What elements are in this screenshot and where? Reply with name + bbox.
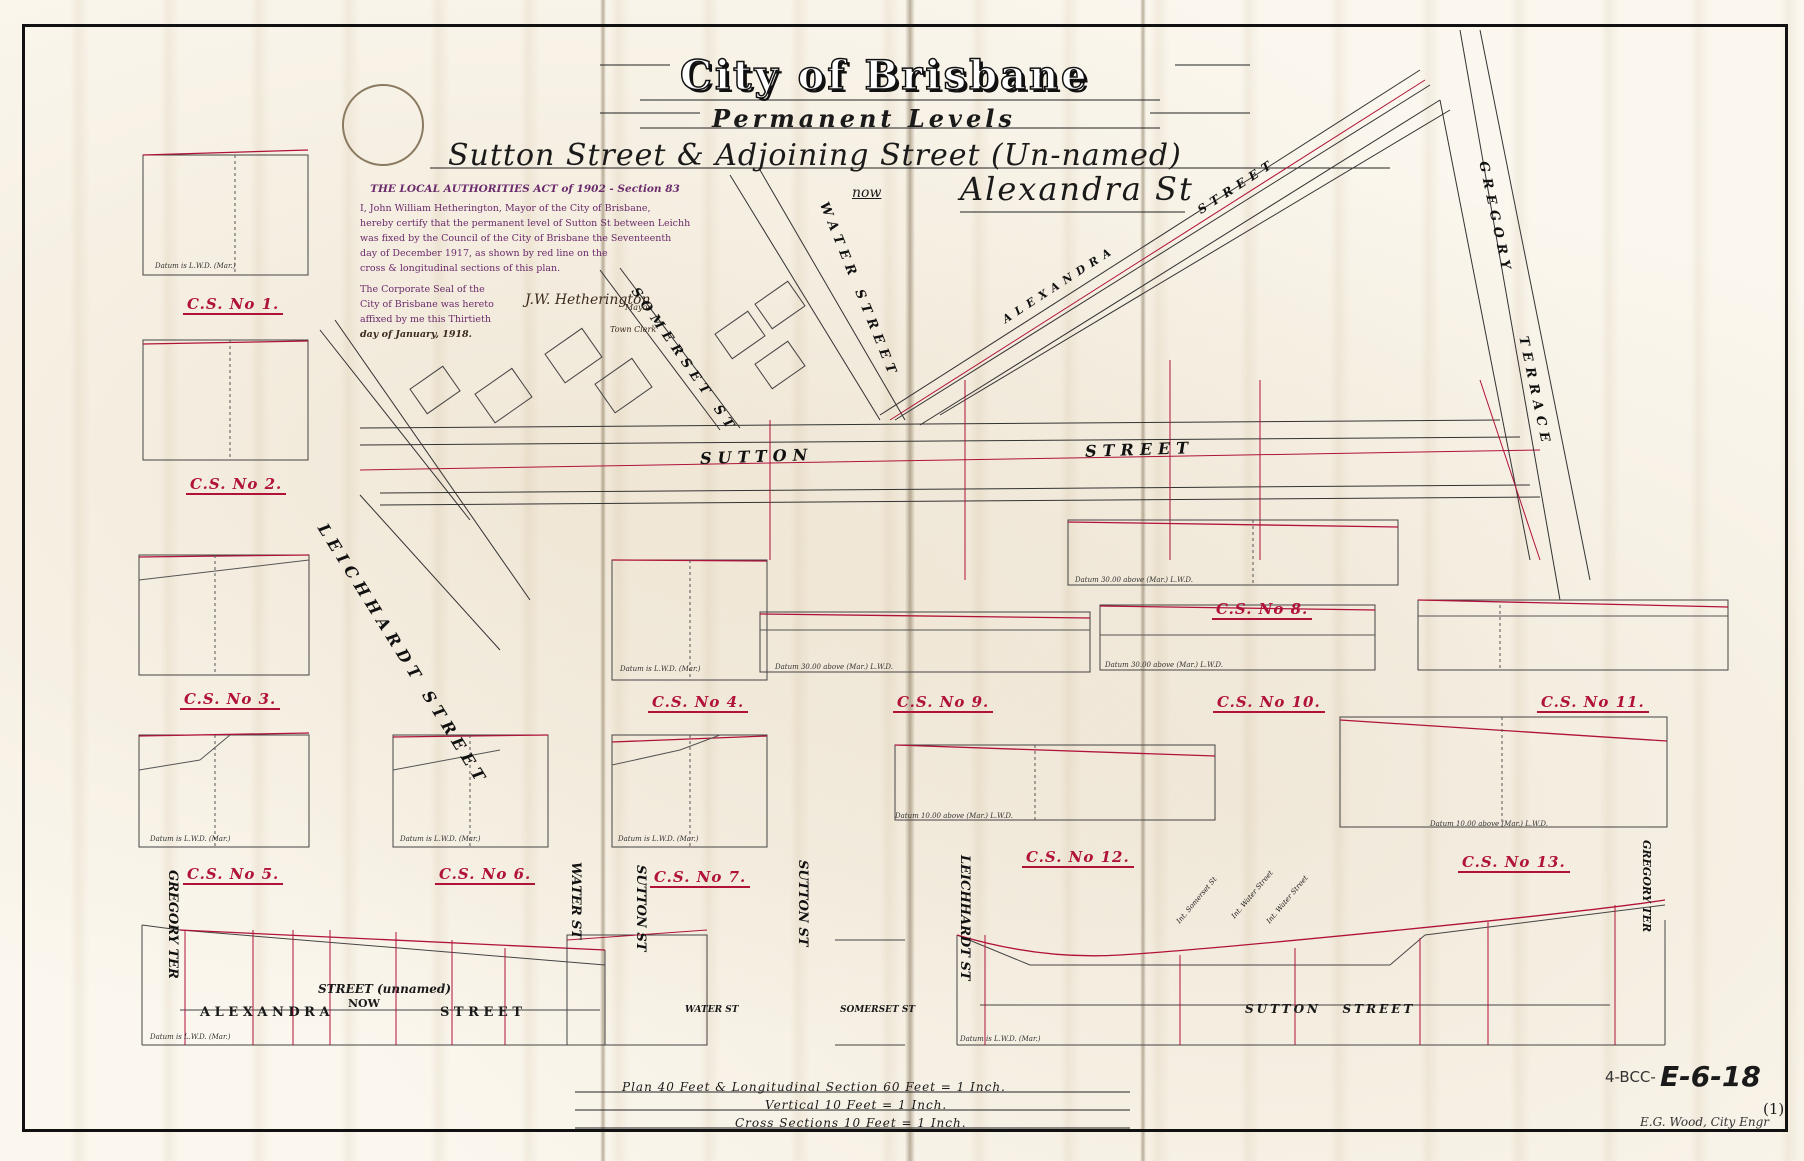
map-subtitle: Permanent Levels [712,104,1016,133]
somerset-section-label: SOMERSET ST [840,1005,915,1015]
long-section-name: A L E X A N D R A [200,1005,330,1020]
certificate-line: was fixed by the Council of the City of … [360,231,690,246]
datum-label: Datum is L.W.D. (Mar.) [400,835,481,843]
scale-line-cross: Cross Sections 10 Feet = 1 Inch. [735,1116,967,1130]
council-certificate: THE LOCAL AUTHORITIES ACT of 1902 - Sect… [360,182,690,342]
certificate-line: I, John William Hetherington, Mayor of t… [360,201,690,216]
map-title: City of Brisbane [680,52,1090,99]
certificate-line: day of December 1917, as shown by red li… [360,246,690,261]
cross-section-label: C.S. No 6. [435,865,535,885]
long-section-left-end: GREGORY TER [165,870,180,979]
certificate-heading: THE LOCAL AUTHORITIES ACT of 1902 - Sect… [360,182,690,197]
street-label-sutton: SUTTON [700,445,814,468]
somerset-section-left: SUTTON ST [795,860,810,946]
datum-label: Datum is L.W.D. (Mar.) [618,835,699,843]
long-section-street: S T R E E T [440,1005,522,1020]
cross-section-label: C.S. No 13. [1458,853,1570,873]
cross-section-label: C.S. No 8. [1212,600,1312,620]
now-label: now [852,185,881,201]
datum-label: Datum 10.00 above (Mar.) L.W.D. [895,812,1013,820]
long-section-top-label: STREET (unnamed) [318,982,451,996]
sutton-long-section-name: SUTTON STREET [1245,1002,1415,1016]
datum-label: Datum 10.00 above (Mar.) L.W.D. [1430,820,1548,828]
plan-reference-number: E-6-18 [1660,1060,1761,1093]
cross-section-label: C.S. No 2. [186,475,286,495]
datum-label: Datum is L.W.D. (Mar.) [155,262,236,270]
cross-section-label: C.S. No 7. [650,868,750,888]
datum-label: Datum 30.00 above (Mar.) L.W.D. [1075,576,1193,584]
certificate-line: hereby certify that the permanent level … [360,216,690,231]
cross-section-label: C.S. No 12. [1022,848,1134,868]
scale-line-plan: Plan 40 Feet & Longitudinal Section 60 F… [622,1080,1006,1094]
sutton-right-end: GREGORY TER [1640,840,1653,932]
seal-stamp-icon [343,85,423,165]
new-street-name: Alexandra St [960,170,1194,208]
datum-label: Datum is L.W.D. (Mar.) [150,835,231,843]
datum-label: Datum is L.W.D. (Mar.) [620,665,701,673]
water-section-left: SUTTON ST [633,865,648,951]
sutton-left-end: LEICHHARDT ST [957,855,972,980]
cross-section-label: C.S. No 3. [180,690,280,710]
certificate-line: cross & longitudinal sections of this pl… [360,261,690,276]
clerk-title: Town Clerk [610,325,656,334]
long-section-now: NOW [348,997,380,1010]
water-section-label: WATER ST [685,1005,738,1015]
map-heading: Sutton Street & Adjoining Street (Un-nam… [448,138,1182,173]
scale-line-vertical: Vertical 10 Feet = 1 Inch. [765,1098,947,1112]
cross-section-label: C.S. No 9. [893,693,993,713]
cross-section-label: C.S. No 1. [183,295,283,315]
datum-label: Datum 30.00 above (Mar.) L.W.D. [1105,661,1223,669]
cross-section-label: C.S. No 11. [1537,693,1649,713]
street-label-street: STREET [1085,438,1195,461]
long-section-right-end: WATER ST [568,862,583,939]
datum-label: Datum is L.W.D. (Mar.) [150,1033,231,1041]
reference-prefix: 4-BCC- [1605,1068,1656,1086]
datum-label: Datum is L.W.D. (Mar.) [960,1035,1041,1043]
cross-section-label: C.S. No 4. [648,693,748,713]
datum-label: Datum 30.00 above (Mar.) L.W.D. [775,663,893,671]
engineer-signature: E.G. Wood, City Engr [1640,1115,1769,1129]
survey-drawing [0,0,1804,1161]
cross-section-label: C.S. No 10. [1213,693,1325,713]
cross-section-label: C.S. No 5. [183,865,283,885]
